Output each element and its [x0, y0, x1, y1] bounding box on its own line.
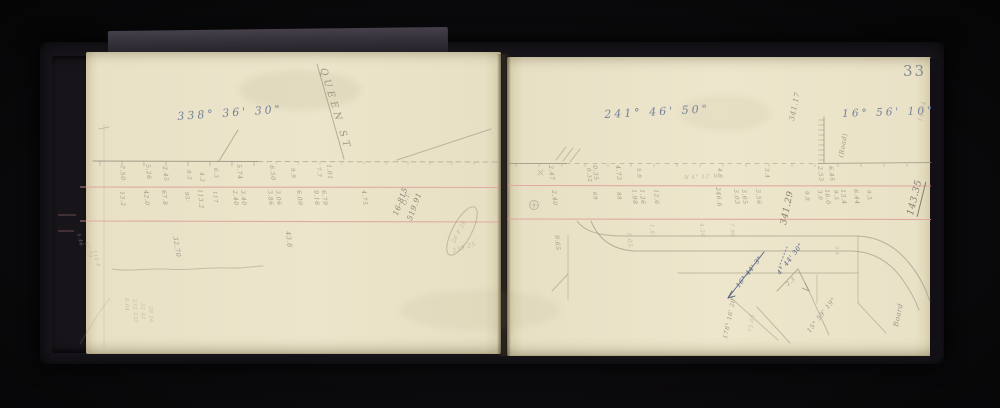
curve-note: 1.81 — [648, 224, 655, 239]
chainage: 6.09 — [295, 190, 302, 206]
chainage: 69 — [591, 192, 597, 200]
chainage: 3.03 — [732, 189, 739, 205]
offset-note: 43.8 — [285, 231, 293, 248]
curve-note: 9.65 — [553, 235, 560, 251]
station-offset: 5.0 — [635, 168, 641, 179]
corner-diagonal — [858, 303, 886, 333]
chainage: 9.16 — [312, 190, 319, 206]
station-offset: 4.73 — [614, 165, 621, 181]
chainage: 95- — [183, 192, 189, 203]
station-offset: 7.7 — [315, 167, 321, 178]
chainage: 88 — [615, 192, 621, 200]
street-line-2 — [397, 129, 491, 160]
notebook-photo: 33 338° 36' 30"QUEEN ST16-815O.T.519.912… — [0, 0, 1000, 408]
chainage: 9.8 — [803, 191, 809, 202]
chainage: 4.75 — [360, 190, 367, 206]
chainage: 3.06 — [274, 190, 281, 206]
chainage: 2.40 — [550, 190, 557, 206]
chainage: 3.65 — [740, 189, 747, 205]
chainage: 9.5 — [865, 190, 871, 201]
hatch-marks — [556, 147, 580, 162]
baseline-left — [93, 161, 258, 162]
curve-note: 4.56 — [698, 223, 705, 238]
chainage: 13.2 — [118, 191, 125, 207]
curve-note: 9.4 — [833, 246, 839, 256]
chainage: 12.6 — [652, 189, 659, 205]
station-offset: 7.50 — [118, 165, 125, 181]
station-offset: 2.47 — [547, 165, 554, 181]
station-cross — [531, 202, 537, 208]
station-offset: 4.6 — [716, 168, 722, 179]
station-offset: 3.4 — [763, 168, 769, 179]
chainage: 246.6 — [714, 187, 722, 207]
station-offset: 6.50 — [268, 165, 275, 181]
station-offset: 0.32 — [585, 168, 592, 183]
station-offset: 6.3 — [212, 168, 218, 179]
tally-note: 38 26 — [147, 306, 153, 323]
chainage: 117 — [211, 191, 218, 203]
chainage: 1.98 — [630, 189, 637, 205]
station-offset: 0.35 — [591, 165, 598, 181]
chainage: 3.86 — [266, 190, 273, 206]
station-offset: 9.9 — [289, 168, 295, 179]
chainage: 3.0 — [816, 190, 822, 201]
station-offset: 6.45 — [827, 166, 834, 182]
station-offset: 5.74 — [235, 164, 242, 180]
chainage: 113.2 — [196, 189, 204, 209]
x-marks — [538, 170, 543, 175]
station-offset: 9.2 — [185, 170, 191, 181]
station-offset: 4.2 — [198, 172, 204, 183]
tally-note: 6.04 — [123, 298, 129, 311]
chainage: 6.44 — [852, 189, 859, 205]
chainage: 1.26 — [638, 189, 645, 205]
tally-note: 232 233 — [131, 299, 138, 323]
bearing-leader — [219, 130, 238, 161]
curve-note: 1.05 — [625, 232, 632, 248]
station-offset: 2.53 — [816, 166, 823, 182]
chainage: 3.56 — [754, 189, 761, 205]
chainage: 13.4 — [839, 189, 846, 205]
pencil-lines — [80, 64, 931, 346]
corner-curl — [80, 298, 110, 344]
station-offset: 5.26 — [144, 164, 151, 180]
wavy-line — [112, 266, 263, 270]
baseline-left-dashed — [258, 162, 497, 163]
chainage: 3.40 — [239, 190, 246, 206]
page-number: 33 — [903, 62, 926, 80]
chainage: 42.0 — [142, 190, 149, 206]
chainage: 16.0 — [823, 189, 830, 205]
curve-note: 7.96 — [728, 223, 735, 238]
station-offset: 1.01 — [325, 164, 332, 180]
tally-note: 32 42 — [139, 303, 145, 320]
gutter-diagonal — [552, 274, 568, 291]
baseline-right-solid — [818, 163, 931, 164]
chainage: 67.8 — [160, 190, 167, 206]
station-offset: 2.45 — [161, 166, 168, 182]
chainage: 9.5 — [832, 190, 838, 201]
chainage: 6.79 — [320, 190, 327, 206]
v-arrowhead — [802, 283, 809, 291]
chainage: 2.40 — [231, 190, 238, 206]
